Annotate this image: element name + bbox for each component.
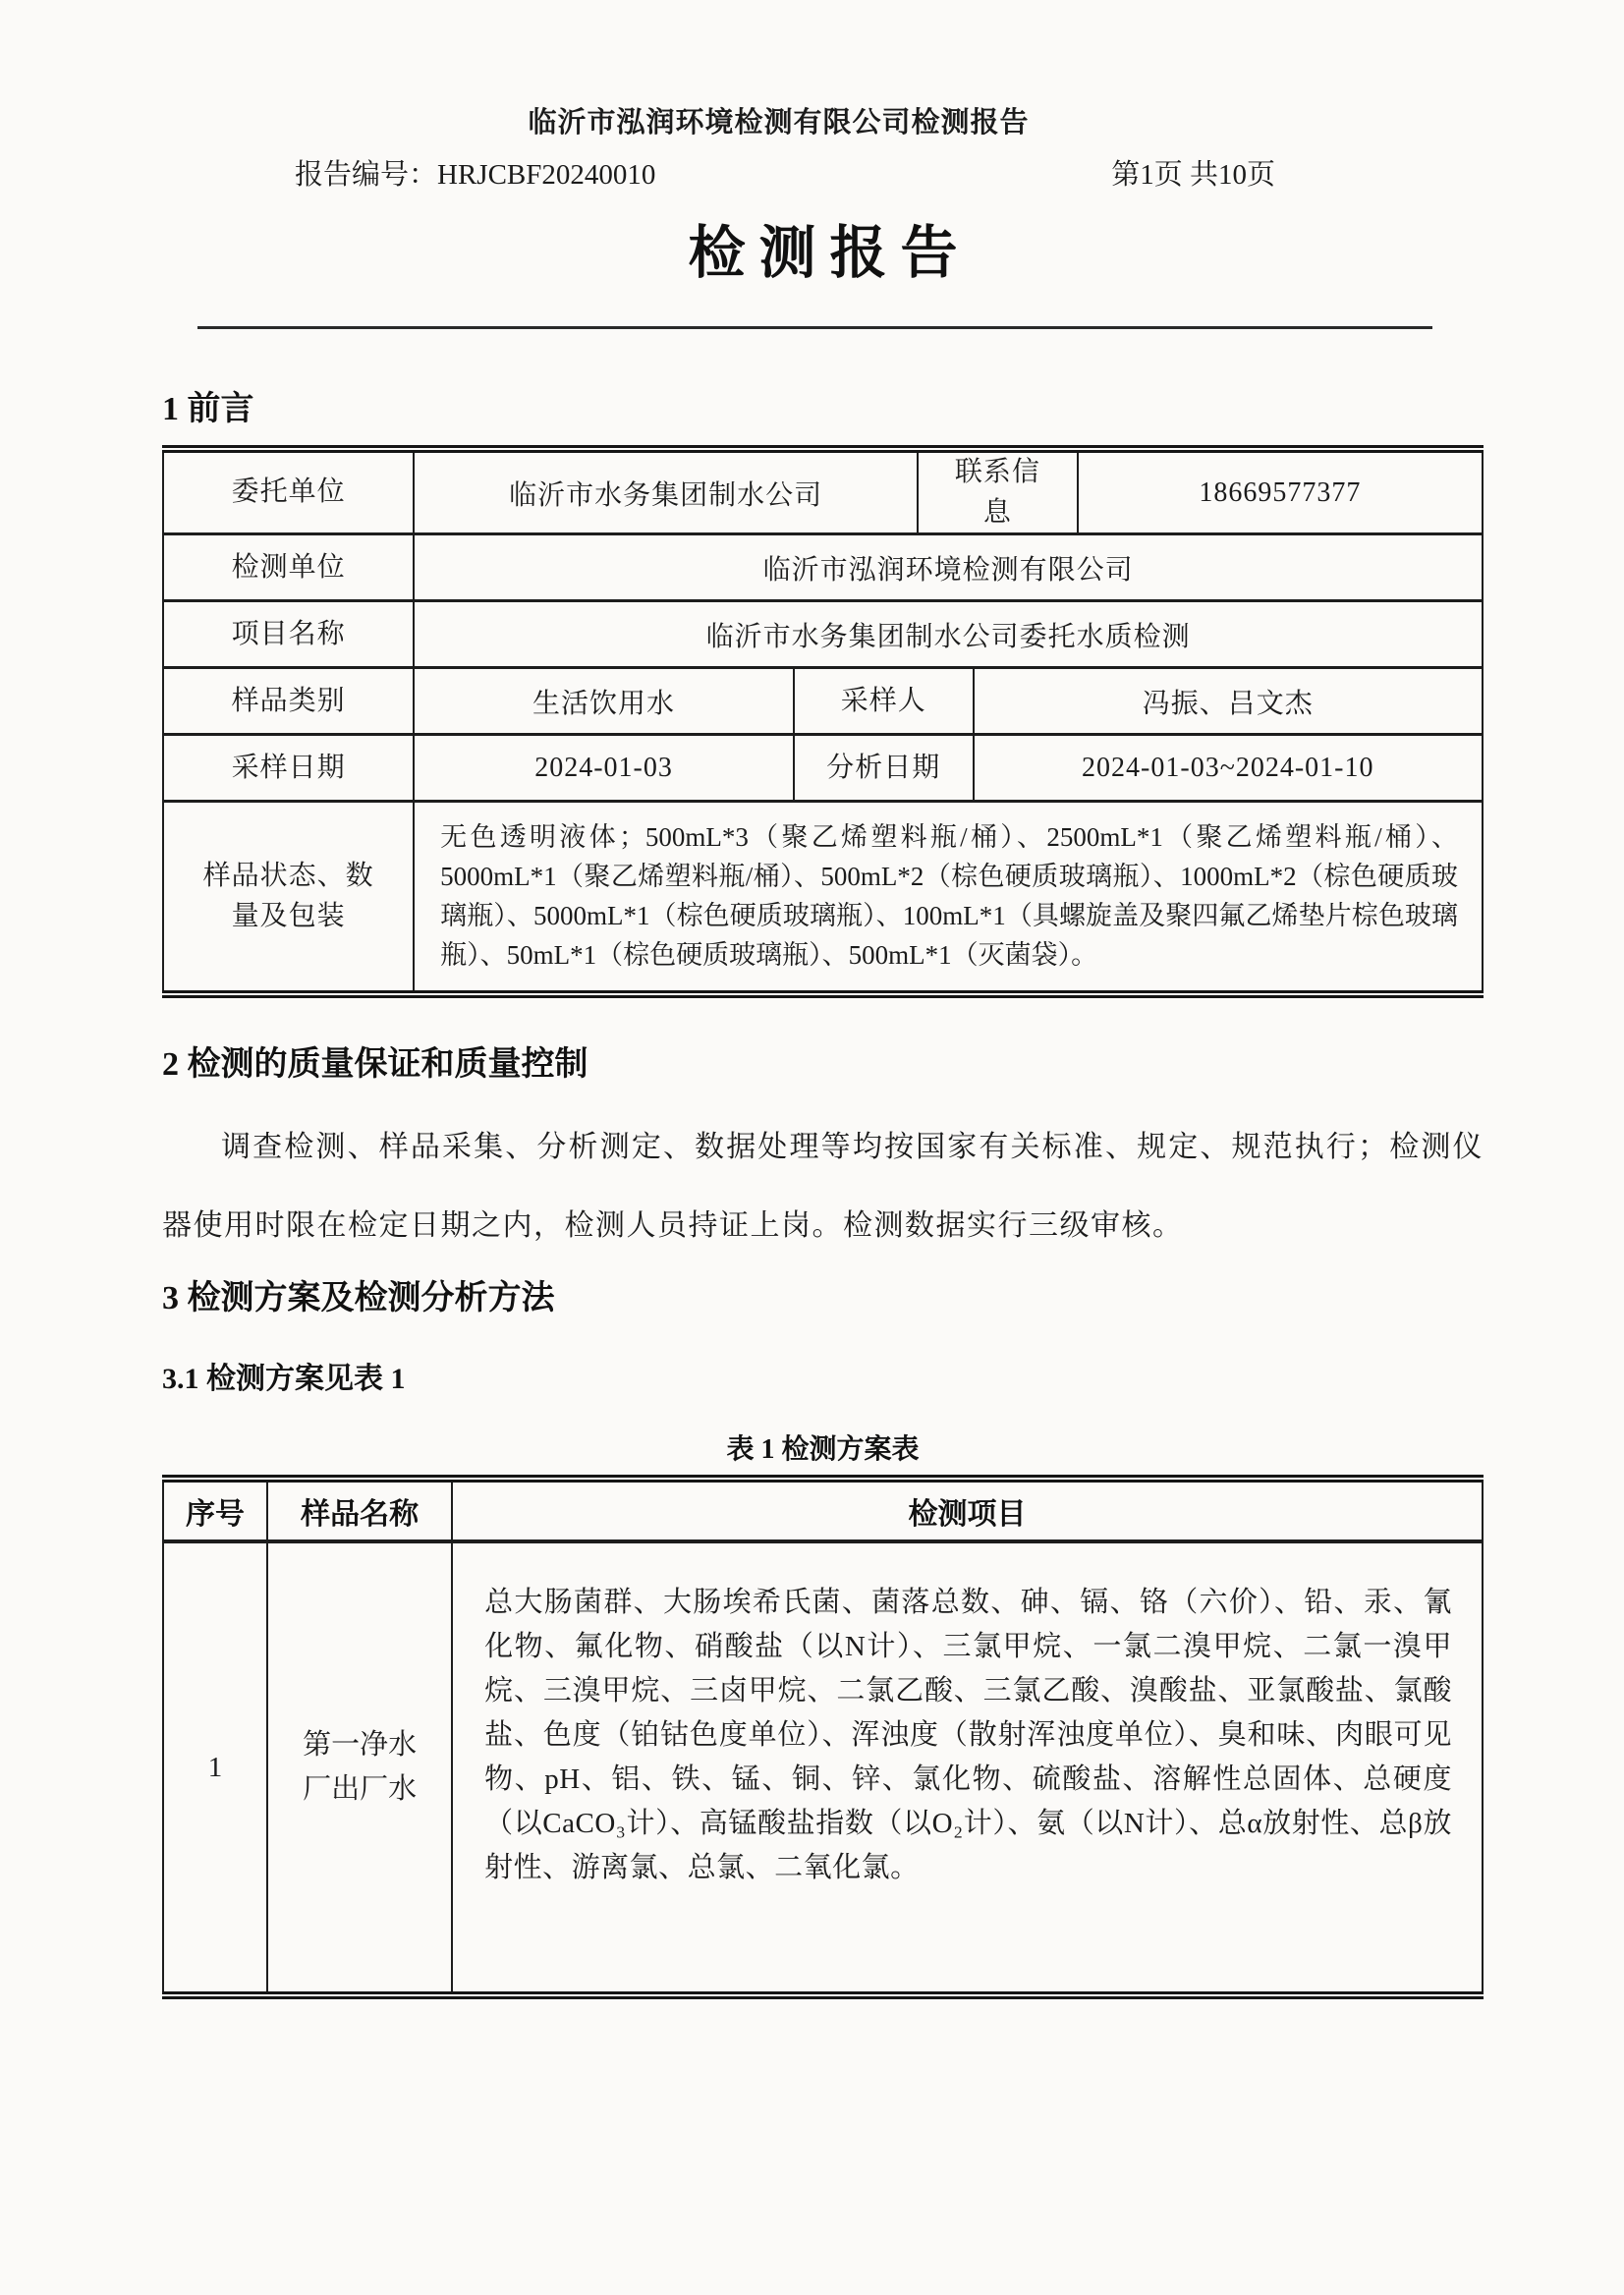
plan-table-caption: 表 1 检测方案表: [162, 1427, 1484, 1467]
client-label: 委托单位: [163, 449, 414, 534]
plan-table-header-row: 序号 样品名称 检测项目: [163, 1479, 1483, 1541]
sample-status-label: 样品状态、数量及包装: [163, 802, 414, 994]
sampler-label: 采样人: [794, 668, 974, 735]
info-row-lab: 检测单位 临沂市泓润环境检测有限公司: [163, 534, 1483, 601]
info-row-client: 委托单位 临沂市水务集团制水公司 联系信息 18669577377: [163, 449, 1483, 534]
sampling-date-value: 2024-01-03: [414, 735, 794, 802]
report-title: 检测报告: [162, 206, 1484, 289]
client-value: 临沂市水务集团制水公司: [414, 449, 918, 534]
plan-table-row: 1 第一净水厂出厂水 总大肠菌群、大肠埃希氏菌、菌落总数、砷、镉、铬（六价）、铅…: [163, 1541, 1483, 1995]
lab-label: 检测单位: [163, 534, 414, 601]
info-row-sample-status: 样品状态、数量及包装 无色透明液体；500mL*3（聚乙烯塑料瓶/桶）、2500…: [163, 802, 1483, 994]
report-meta-row: 报告编号：HRJCBF20240010 第1页 共10页: [162, 152, 1484, 193]
lab-value: 临沂市泓润环境检测有限公司: [414, 534, 1483, 601]
project-label: 项目名称: [163, 601, 414, 668]
analysis-date-label: 分析日期: [794, 735, 974, 802]
sampler-value: 冯振、吕文杰: [974, 668, 1483, 735]
row-sample-name: 第一净水厂出厂水: [267, 1541, 452, 1995]
info-row-sample-type: 样品类别 生活饮用水 采样人 冯振、吕文杰: [163, 668, 1483, 735]
column-header-test-items: 检测项目: [452, 1479, 1483, 1541]
sample-type-label: 样品类别: [163, 668, 414, 735]
contact-value: 18669577377: [1078, 449, 1483, 534]
contact-label: 联系信息: [918, 449, 1077, 534]
section2-heading: 2 检测的质量保证和质量控制: [162, 1043, 1484, 1087]
sample-status-value: 无色透明液体；500mL*3（聚乙烯塑料瓶/桶）、2500mL*1（聚乙烯塑料瓶…: [414, 802, 1483, 994]
qa-qc-paragraph: 调查检测、样品采集、分析测定、数据处理等均按国家有关标准、规定、规范执行；检测仪…: [162, 1108, 1484, 1265]
document-header-line: 临沂市泓润环境检测有限公司检测报告: [118, 100, 1439, 140]
page-content: 临沂市泓润环境检测有限公司检测报告 报告编号：HRJCBF20240010 第1…: [0, 0, 1624, 1999]
info-table: 委托单位 临沂市水务集团制水公司 联系信息 18669577377 检测单位 临…: [162, 445, 1484, 998]
section3-subheading: 3.1 检测方案见表 1: [162, 1360, 1484, 1398]
row-no: 1: [163, 1541, 267, 1995]
report-page: 临沂市泓润环境检测有限公司检测报告 报告编号：HRJCBF20240010 第1…: [0, 0, 1624, 2295]
info-row-project: 项目名称 临沂市水务集团制水公司委托水质检测: [163, 601, 1483, 668]
column-header-sample-name: 样品名称: [267, 1479, 452, 1541]
sampling-date-label: 采样日期: [163, 735, 414, 802]
page-indicator: 第1页 共10页: [1111, 152, 1275, 193]
analysis-date-value: 2024-01-03~2024-01-10: [974, 735, 1483, 802]
section3-heading: 3 检测方案及检测分析方法: [162, 1277, 1484, 1320]
report-number: 报告编号：HRJCBF20240010: [295, 152, 655, 193]
plan-table: 序号 样品名称 检测项目 1 第一净水厂出厂水 总大肠菌群、大肠埃希氏菌、菌落总…: [162, 1475, 1484, 1999]
sample-type-value: 生活饮用水: [414, 668, 794, 735]
row-test-items: 总大肠菌群、大肠埃希氏菌、菌落总数、砷、镉、铬（六价）、铅、汞、氰化物、氟化物、…: [452, 1541, 1483, 1995]
title-divider: [197, 326, 1432, 329]
column-header-no: 序号: [163, 1479, 267, 1541]
project-value: 临沂市水务集团制水公司委托水质检测: [414, 601, 1483, 668]
info-row-dates: 采样日期 2024-01-03 分析日期 2024-01-03~2024-01-…: [163, 735, 1483, 802]
section1-heading: 1 前言: [162, 388, 1484, 431]
